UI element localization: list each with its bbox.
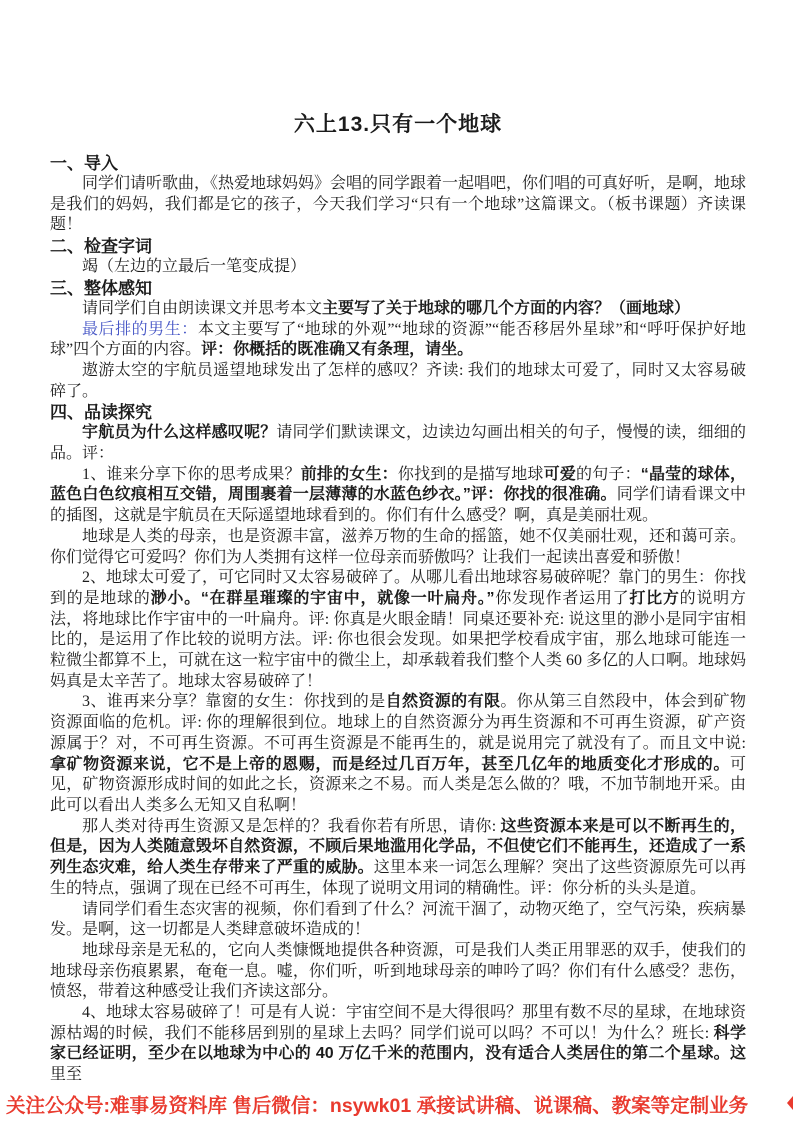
section-heading: 一、导入: [50, 153, 746, 174]
bold-run: 前排的女生：: [301, 466, 398, 483]
text-run: 同学们请听歌曲，《热爱地球妈妈》会唱的同学跟着一起唱吧，你们唱的可真好听，是啊，…: [50, 175, 746, 233]
paragraph: 3、谁再来分享？靠窗的女生：你找到的是自然资源的有限。你从第三自然段中，体会到矿…: [50, 692, 746, 816]
paragraph: 宇航员为什么这样感叹呢？请同学们默读课文，边读边勾画出相关的句子，慢慢的读，细细…: [50, 423, 746, 464]
section-heading: 三、整体感知: [50, 278, 746, 299]
text-run: 请同学们看生态灾害的视频，你们看到了什么？河流干涸了，动物灭绝了，空气污染，疾病…: [50, 901, 746, 939]
paragraph: 最后排的男生：本文主要写了“地球的外观”“地球的资源”“能否移居外星球”和“呼吁…: [50, 320, 746, 361]
page-title: 六上13.只有一个地球: [50, 110, 746, 140]
paragraph: 2、地球太可爱了，可它同时又太容易破碎了。从哪儿看出地球容易破碎呢？靠门的男生：…: [50, 568, 746, 692]
paragraph: 地球母亲是无私的，它向人类慷慨地提供各种资源，可是我们人类正用罪恶的双手，使我们…: [50, 941, 746, 1003]
paragraph: 遨游太空的宇航员遥望地球发出了怎样的感叹？齐读: 我们的地球太可爱了，同时又太容…: [50, 361, 746, 402]
bold-run: 渺小。“在群星璀璨的宇宙中，就像一叶扁舟。”: [151, 590, 495, 607]
section-heading: 四、品读探究: [50, 402, 746, 423]
text-run: 的句子：: [576, 466, 641, 483]
text-run: 遨游太空的宇航员遥望地球发出了怎样的感叹？齐读: 我们的地球太可爱了，同时又太容…: [50, 362, 746, 400]
document-content: 六上13.只有一个地球 一、导入同学们请听歌曲，《热爱地球妈妈》会唱的同学跟着一…: [50, 110, 746, 1086]
text-run: 1、谁来分享下你的思考成果？: [82, 466, 301, 483]
text-run: 竭（左边的立最后一笔变成提）: [82, 258, 306, 275]
text-run: 地球是人类的母亲，也是资源丰富，滋养万物的生命的摇篮，她不仅美丽壮观，还和蔼可亲…: [50, 528, 746, 566]
text-run: 那人类对待再生资源又是怎样的？我看你若有所思，请你:: [82, 818, 501, 835]
text-run: 你找到的是描写地球: [398, 466, 544, 483]
paragraph: 竭（左边的立最后一笔变成提）: [50, 257, 746, 278]
document-page: 六上13.只有一个地球 一、导入同学们请听歌曲，《热爱地球妈妈》会唱的同学跟着一…: [0, 0, 793, 1122]
paragraph: 那人类对待再生资源又是怎样的？我看你若有所思，请你: 这些资源本来是可以不断再生…: [50, 817, 746, 900]
bold-run: 宇航员为什么这样感叹呢？: [82, 424, 276, 441]
paragraph: 同学们请听歌曲，《热爱地球妈妈》会唱的同学跟着一起唱吧，你们唱的可真好听，是啊，…: [50, 174, 746, 236]
paragraph: 请同学们自由朗读课文并思考本文主要写了关于地球的哪几个方面的内容？（画地球）: [50, 299, 746, 320]
text-run: 3、谁再来分享？靠窗的女生：你找到的是: [82, 693, 386, 710]
text-run: 请同学们自由朗读课文并思考本文: [82, 300, 322, 317]
section-heading: 二、检查字词: [50, 236, 746, 257]
document-body: 一、导入同学们请听歌曲，《热爱地球妈妈》会唱的同学跟着一起唱吧，你们唱的可真好听…: [50, 153, 746, 1086]
bold-run: 可爱: [544, 466, 576, 483]
paragraph: 请同学们看生态灾害的视频，你们看到了什么？河流干涸了，动物灭绝了，空气污染，疾病…: [50, 900, 746, 941]
student-label-blue: 最后排的男生：: [82, 321, 198, 338]
text-run: 里至: [50, 1066, 82, 1083]
watermark-footer: 关注公众号:难事易资料库 售后微信：nsywk01 承接试讲稿、说课稿、教案等定…: [6, 1093, 789, 1119]
bold-run: 拿矿物资源来说，它不是上帝的恩赐，而是经过几百万年，甚至几亿年的地质变化才形成的…: [50, 756, 730, 773]
bold-run: 打比方: [629, 590, 679, 607]
text-run: 地球母亲是无私的，它向人类慷慨地提供各种资源，可是我们人类正用罪恶的双手，使我们…: [50, 942, 746, 1000]
paragraph: 地球是人类的母亲，也是资源丰富，滋养万物的生命的摇篮，她不仅美丽壮观，还和蔼可亲…: [50, 527, 746, 568]
bold-run: 评：你概括的既准确又有条理，请坐。: [201, 341, 473, 358]
text-run: 4、地球太容易破碎了！可是有人说：宇宙空间不是大得很吗？那里有数不尽的星球，在地…: [50, 1004, 746, 1042]
paragraph: 4、地球太容易破碎了！可是有人说：宇宙空间不是大得很吗？那里有数不尽的星球，在地…: [50, 1003, 746, 1086]
bold-run: 主要写了关于地球的哪几个方面的内容？（画地球）: [322, 300, 690, 317]
bold-run: 自然资源的有限: [386, 693, 501, 710]
text-run: 你发现作者运用了: [495, 590, 630, 607]
paragraph: 1、谁来分享下你的思考成果？前排的女生：你找到的是描写地球可爱的句子：“晶莹的球…: [50, 465, 746, 527]
